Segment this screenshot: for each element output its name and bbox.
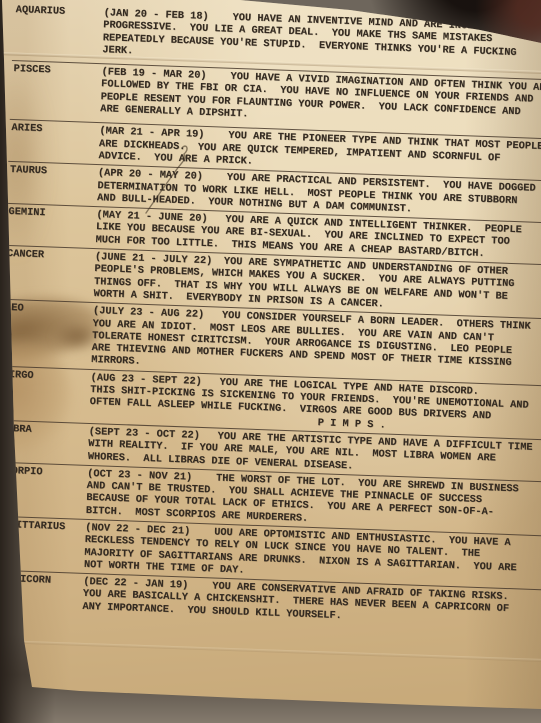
sign-name: SCORPIO: [0, 465, 87, 517]
sign-name: TAURUS: [9, 164, 98, 204]
sign-name: VIRGO: [1, 369, 91, 421]
sign-name: CAPRICORN: [0, 573, 84, 613]
sign-name: LIBRA: [0, 423, 89, 463]
sign-name: ARIES: [10, 122, 99, 162]
sign-name: AQUARIUS: [14, 4, 104, 56]
sign-name: CANCER: [5, 248, 95, 300]
sign-name: PISCES: [12, 63, 102, 115]
crease-line: [0, 640, 541, 664]
zodiac-list: AQUARIUS(JAN 20 - FEB 18)YOU HAVE AN INV…: [0, 2, 541, 635]
photo-background: AQUARIUS(JAN 20 - FEB 18)YOU HAVE AN INV…: [0, 0, 541, 723]
sign-name: SAGITTARIUS: [0, 519, 85, 571]
sign-name: GEMINI: [7, 206, 96, 246]
sign-name: LEO: [3, 302, 93, 367]
paper-sheet: AQUARIUS(JAN 20 - FEB 18)YOU HAVE AN INV…: [0, 0, 541, 723]
